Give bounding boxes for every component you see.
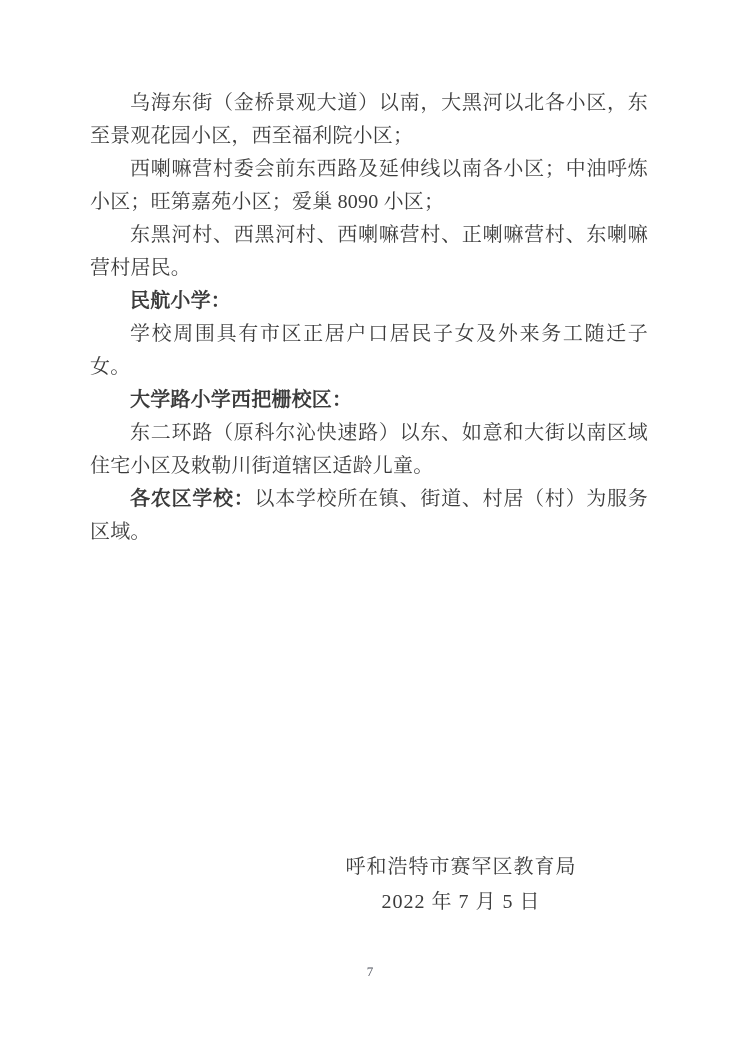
paragraph-villages-residents: 东黑河村、西黑河村、西喇嘛营村、正喇嘛营村、东喇嘛营村居民。 bbox=[90, 219, 648, 285]
signature-date: 2022 年 7 月 5 日 bbox=[382, 885, 541, 920]
paragraph-rural-schools-scope: 各农区学校：以本学校所在镇、街道、村居（村）为服务区域。 bbox=[90, 483, 648, 549]
document-body: 乌海东街（金桥景观大道）以南，大黑河以北各小区，东至景观花园小区，西至福利院小区… bbox=[90, 87, 648, 549]
paragraph-text: 乌海东街（金桥景观大道）以南，大黑河以北各小区，东至景观花园小区，西至福利院小区… bbox=[90, 92, 648, 147]
heading-minhang-primary: 民航小学： bbox=[90, 285, 648, 318]
page-number: 7 bbox=[0, 964, 740, 980]
paragraph-daxuelu-scope: 东二环路（原科尔沁快速路）以东、如意和大街以南区域住宅小区及敕勒川街道辖区适龄儿… bbox=[90, 417, 648, 483]
heading-daxuelu-west-bazha-campus: 大学路小学西把栅校区： bbox=[90, 384, 648, 417]
paragraph-text: 东二环路（原科尔沁快速路）以东、如意和大街以南区域住宅小区及敕勒川街道辖区适龄儿… bbox=[90, 422, 648, 477]
signature-block: 呼和浩特市赛罕区教育局 2022 年 7 月 5 日 bbox=[182, 850, 740, 920]
paragraph-wuhai-east-street: 乌海东街（金桥景观大道）以南，大黑河以北各小区，东至景观花园小区，西至福利院小区… bbox=[90, 87, 648, 153]
heading-text: 民航小学： bbox=[130, 290, 231, 312]
document-page: 乌海东街（金桥景观大道）以南，大黑河以北各小区，东至景观花园小区，西至福利院小区… bbox=[0, 0, 740, 1047]
inline-heading-text: 各农区学校： bbox=[130, 488, 254, 510]
signature-organization: 呼和浩特市赛罕区教育局 bbox=[346, 850, 577, 885]
heading-text: 大学路小学西把栅校区： bbox=[130, 389, 352, 411]
paragraph-minhang-scope: 学校周围具有市区正居户口居民子女及外来务工随迁子女。 bbox=[90, 318, 648, 384]
paragraph-xilamaying-area: 西喇嘛营村委会前东西路及延伸线以南各小区；中油呼炼小区；旺第嘉苑小区；爱巢 80… bbox=[90, 153, 648, 219]
paragraph-text: 东黑河村、西黑河村、西喇嘛营村、正喇嘛营村、东喇嘛营村居民。 bbox=[90, 224, 648, 279]
paragraph-text: 西喇嘛营村委会前东西路及延伸线以南各小区；中油呼炼小区；旺第嘉苑小区；爱巢 80… bbox=[90, 158, 648, 213]
paragraph-text: 学校周围具有市区正居户口居民子女及外来务工随迁子女。 bbox=[90, 323, 648, 378]
